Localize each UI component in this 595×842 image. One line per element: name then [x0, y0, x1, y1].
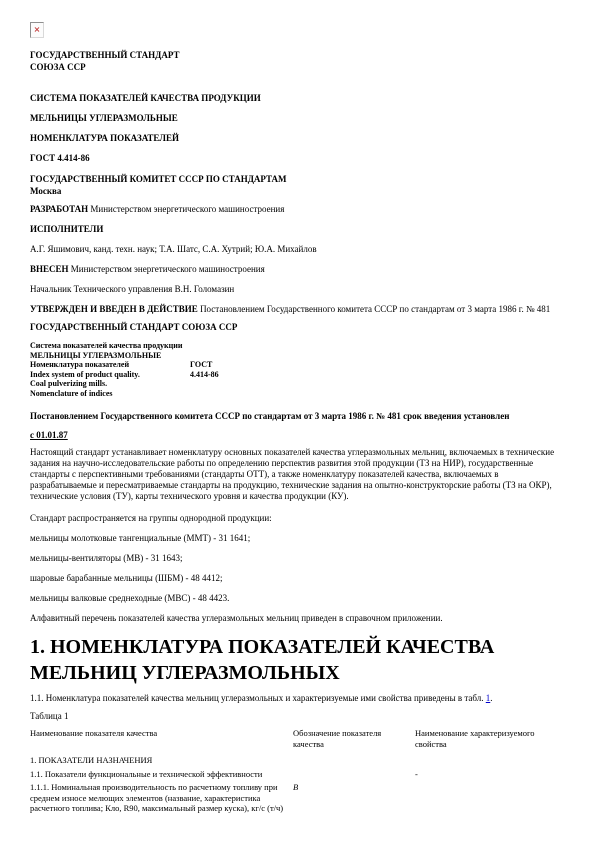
org-title-line1: ГОСУДАРСТВЕННЫЙ СТАНДАРТ: [30, 50, 179, 60]
table-row-section-1: 1. ПОКАЗАТЕЛИ НАЗНАЧЕНИЯ: [30, 755, 565, 769]
committee-city: Москва: [30, 186, 61, 196]
table-header-row: Наименование показателя качества Обознач…: [30, 728, 565, 755]
title-ru-nomenclature: Номенклатура показателей: [30, 360, 565, 370]
committee-name: ГОСУДАРСТВЕННЫЙ КОМИТЕТ СССР ПО СТАНДАРТ…: [30, 174, 287, 184]
group-item-mvs: мельницы валковые среднеходные (МВС) - 4…: [30, 593, 565, 604]
cell-symbol: [293, 769, 415, 783]
cell-property: [415, 755, 565, 769]
cell-property: [415, 782, 565, 817]
groups-intro: Стандарт распространяется на группы одно…: [30, 513, 565, 524]
approved-line: УТВЕРЖДЕН И ВВЕДЕН В ДЕЙСТВИЕ Постановле…: [30, 304, 565, 315]
paragraph-1-1-period: .: [490, 693, 492, 703]
state-standard-line: ГОСУДАРСТВЕННЫЙ СТАНДАРТ СОЮЗА ССР: [30, 322, 565, 333]
system-title: СИСТЕМА ПОКАЗАТЕЛЕЙ КАЧЕСТВА ПРОДУКЦИИ: [30, 93, 565, 104]
committee-block: ГОСУДАРСТВЕННЫЙ КОМИТЕТ СССР ПО СТАНДАРТ…: [30, 173, 565, 197]
org-title: ГОСУДАРСТВЕННЫЙ СТАНДАРТСОЮЗА ССР: [30, 49, 565, 73]
title-ru-system: Система показателей качества продукции: [30, 341, 565, 351]
paragraph-1-1: 1.1. Номенклатура показателей качества м…: [30, 693, 565, 704]
developed-by: Министерством энергетического машиностро…: [90, 204, 284, 214]
cell-property: -: [415, 769, 565, 783]
broken-image-icon: ×: [30, 22, 44, 38]
section-1-heading: 1. НОМЕНКЛАТУРА ПОКАЗАТЕЛЕЙ КАЧЕСТВА МЕЛ…: [30, 634, 565, 686]
quality-indicators-table: Наименование показателя качества Обознач…: [30, 728, 565, 817]
gost-number: ГОСТ 4.414-86: [30, 153, 565, 164]
title-en-system: Index system of product quality.: [30, 370, 565, 380]
broken-image-x-icon: ×: [34, 26, 41, 34]
enactment-date-line: с 01.01.87: [30, 430, 565, 441]
executors-names: А.Г. Яшимович, канд. техн. наук; Т.А. Ша…: [30, 244, 565, 255]
org-title-line2: СОЮЗА ССР: [30, 62, 86, 72]
table-caption: Таблица 1: [30, 711, 565, 722]
submitted-label: ВНЕСЕН: [30, 264, 69, 274]
approved-label: УТВЕРЖДЕН И ВВЕДЕН В ДЕЙСТВИЕ: [30, 304, 198, 314]
table-row-1-1: 1.1. Показатели функциональные и техниче…: [30, 769, 565, 783]
paragraph-1-1-text: 1.1. Номенклатура показателей качества м…: [30, 693, 486, 703]
cell-name: 1. ПОКАЗАТЕЛИ НАЗНАЧЕНИЯ: [30, 755, 293, 769]
document-page: × ГОСУДАРСТВЕННЫЙ СТАНДАРТСОЮЗА ССР СИСТ…: [0, 0, 595, 817]
approved-text: Постановлением Государственного комитета…: [200, 304, 550, 314]
gost-code: 4.414-86: [190, 370, 219, 380]
group-item-mmt: мельницы молотковые тангенциальные (ММТ)…: [30, 533, 565, 544]
cell-name: 1.1.1. Номинальная производительность по…: [30, 782, 293, 817]
group-item-shbm: шаровые барабанные мельницы (ШБМ) - 48 4…: [30, 573, 565, 584]
col-header-indicator-symbol: Обозначение показателя качества: [293, 728, 415, 755]
chief-line: Начальник Технического управления В.Н. Г…: [30, 284, 565, 295]
submitted-by: Министерством энергетического машиностро…: [71, 264, 265, 274]
alphabet-note: Алфавитный перечень показателей качества…: [30, 613, 565, 624]
submitted-line: ВНЕСЕН Министерством энергетического маш…: [30, 264, 565, 275]
col-header-indicator-name: Наименование показателя качества: [30, 728, 293, 755]
cell-symbol: [293, 755, 415, 769]
title-en-nomenclature: Nomenclature of indices: [30, 389, 565, 399]
gost-label: ГОСТ: [190, 360, 219, 370]
table-row-1-1-1: 1.1.1. Номинальная производительность по…: [30, 782, 565, 817]
title-ru-product: МЕЛЬНИЦЫ УГЛЕРАЗМОЛЬНЫЕ: [30, 351, 565, 361]
doc-type-title: НОМЕНКЛАТУРА ПОКАЗАТЕЛЕЙ: [30, 133, 565, 144]
enactment-text: Постановлением Государственного комитета…: [30, 411, 565, 422]
standard-title-left: Система показателей качества продукции М…: [30, 341, 565, 398]
developed-line: РАЗРАБОТАН Министерством энергетического…: [30, 204, 565, 215]
enactment-date: с 01.01.87: [30, 430, 68, 440]
title-en-product: Coal pulverizing mills.: [30, 379, 565, 389]
col-header-property-name: Наименование характеризуемого свойства: [415, 728, 565, 755]
product-title: МЕЛЬНИЦЫ УГЛЕРАЗМОЛЬНЫЕ: [30, 113, 565, 124]
standard-title-gost: ГОСТ 4.414-86: [190, 360, 219, 379]
standard-title-block: Система показателей качества продукции М…: [30, 341, 565, 398]
group-item-mv: мельницы-вентиляторы (МВ) - 31 1643;: [30, 553, 565, 564]
scope-paragraph: Настоящий стандарт устанавливает номенкл…: [30, 447, 565, 502]
cell-symbol: В: [293, 782, 415, 817]
executors-label: ИСПОЛНИТЕЛИ: [30, 224, 565, 235]
developed-label: РАЗРАБОТАН: [30, 204, 88, 214]
cell-name: 1.1. Показатели функциональные и техниче…: [30, 769, 293, 783]
